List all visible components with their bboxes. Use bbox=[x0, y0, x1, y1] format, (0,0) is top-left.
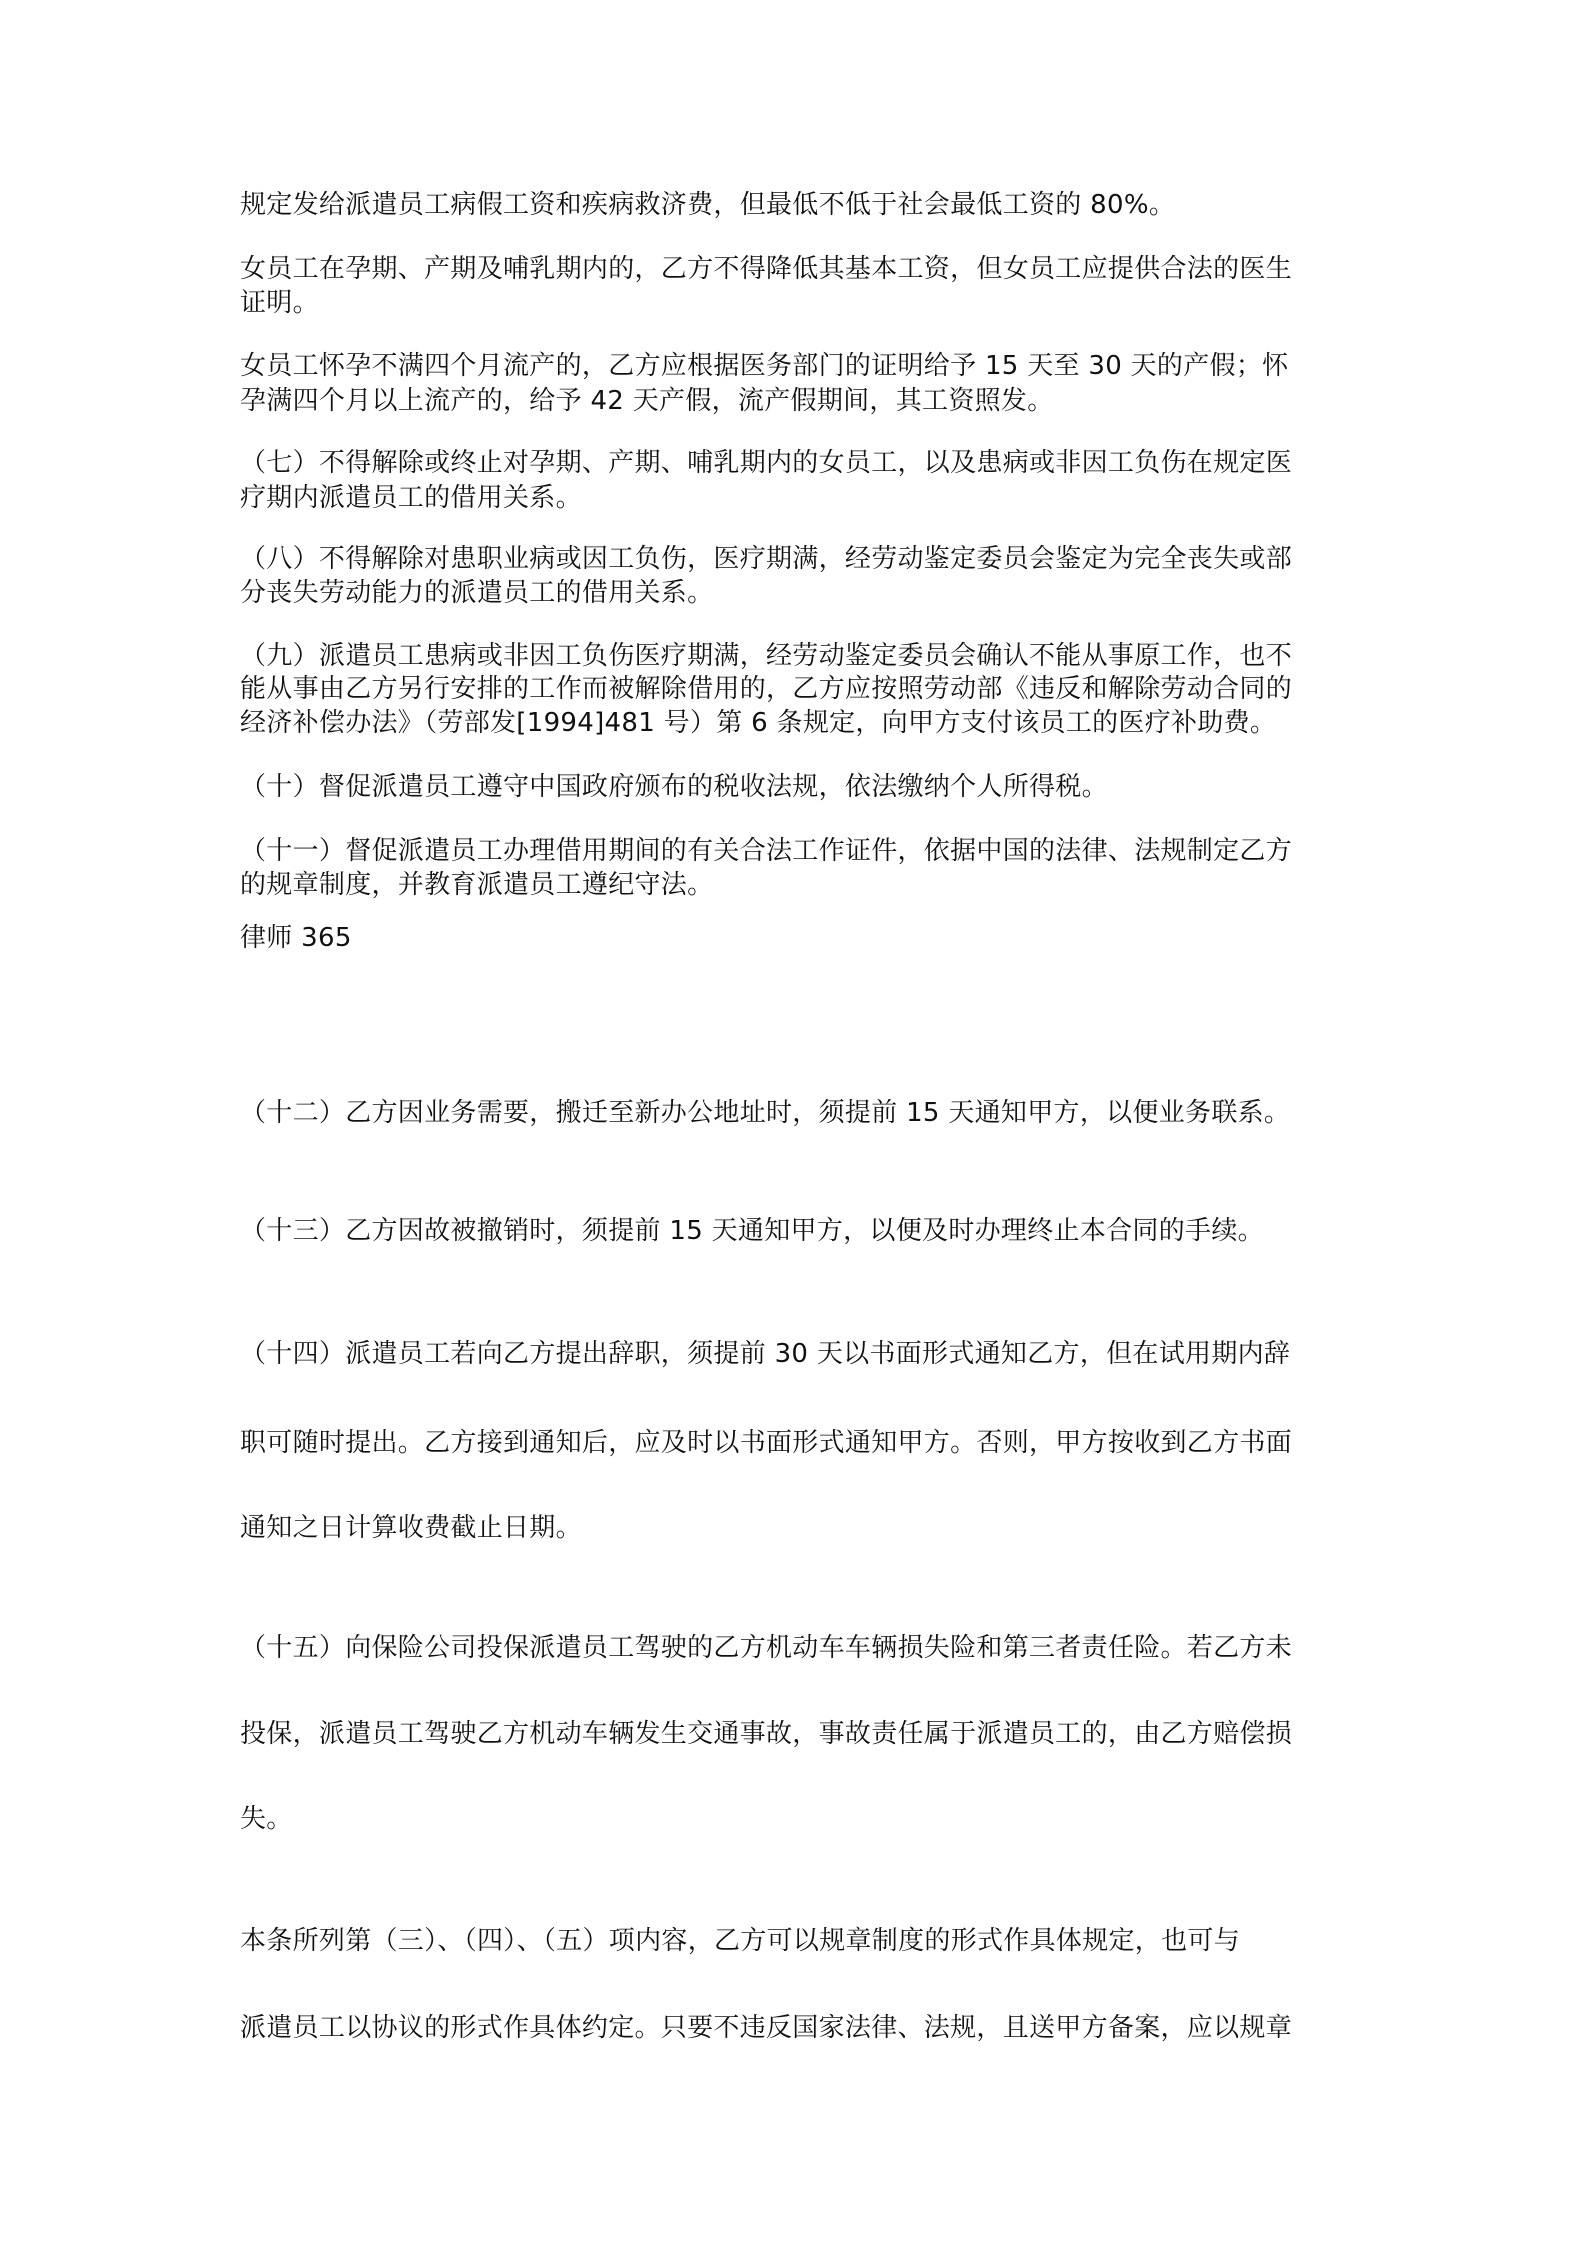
text-line: 派遣员工以协议的形式作具体约定。只要不违反国家法律、法规，且送甲方备案，应以规章 bbox=[240, 2011, 1350, 2045]
text-line: （十）督促派遣员工遵守中国政府颁布的税收法规，依法缴纳个人所得税。 bbox=[240, 770, 1350, 804]
text-line: （十四）派遣员工若向乙方提出辞职，须提前 30 天以书面形式通知乙方，但在试用期… bbox=[240, 1337, 1350, 1371]
text-line: 经济补偿办法》（劳部发[1994]481 号）第 6 条规定，向甲方支付该员工的… bbox=[240, 706, 1350, 740]
text-line: 通知之日计算收费截止日期。 bbox=[240, 1511, 1350, 1545]
text-line: （九）派遣员工患病或非因工负伤医疗期满，经劳动鉴定委员会确认不能从事原工作，也不 bbox=[240, 639, 1350, 673]
text-line: 失。 bbox=[240, 1802, 1350, 1836]
text-line: 的规章制度，并教育派遣员工遵纪守法。 bbox=[240, 868, 1350, 902]
text-line: （十三）乙方因故被撤销时，须提前 15 天通知甲方，以便及时办理终止本合同的手续… bbox=[240, 1214, 1350, 1248]
text-line: 律师 365 bbox=[240, 921, 1350, 955]
text-line: 本条所列第（三）、（四）、（五）项内容，乙方可以规章制度的形式作具体规定，也可与 bbox=[240, 1924, 1350, 1958]
text-line: （七）不得解除或终止对孕期、产期、哺乳期内的女员工，以及患病或非因工负伤在规定医 bbox=[240, 446, 1350, 480]
text-line: 投保，派遣员工驾驶乙方机动车辆发生交通事故，事故责任属于派遣员工的，由乙方赔偿损 bbox=[240, 1717, 1350, 1751]
text-line: 证明。 bbox=[240, 286, 1350, 320]
text-line: 女员工在孕期、产期及哺乳期内的，乙方不得降低其基本工资，但女员工应提供合法的医生 bbox=[240, 252, 1350, 286]
text-line: 职可随时提出。乙方接到通知后，应及时以书面形式通知甲方。否则，甲方按收到乙方书面 bbox=[240, 1426, 1350, 1460]
text-line: 规定发给派遣员工病假工资和疾病救济费，但最低不低于社会最低工资的 80%。 bbox=[240, 188, 1350, 222]
text-line: 女员工怀孕不满四个月流产的，乙方应根据医务部门的证明给予 15 天至 30 天的… bbox=[240, 349, 1350, 383]
text-line: 孕满四个月以上流产的，给予 42 天产假，流产假期间，其工资照发。 bbox=[240, 384, 1350, 418]
text-line: 分丧失劳动能力的派遣员工的借用关系。 bbox=[240, 576, 1350, 610]
text-line: （十一）督促派遣员工办理借用期间的有关合法工作证件，依据中国的法律、法规制定乙方 bbox=[240, 834, 1350, 868]
text-line: （十二）乙方因业务需要，搬迁至新办公地址时，须提前 15 天通知甲方，以便业务联… bbox=[240, 1096, 1350, 1130]
text-line: 疗期内派遣员工的借用关系。 bbox=[240, 481, 1350, 515]
text-line: 能从事由乙方另行安排的工作而被解除借用的，乙方应按照劳动部《违反和解除劳动合同的 bbox=[240, 672, 1350, 706]
text-line: （十五）向保险公司投保派遣员工驾驶的乙方机动车车辆损失险和第三者责任险。若乙方未 bbox=[240, 1631, 1350, 1665]
text-line: （八）不得解除对患职业病或因工负伤，医疗期满，经劳动鉴定委员会鉴定为完全丧失或部 bbox=[240, 542, 1350, 576]
